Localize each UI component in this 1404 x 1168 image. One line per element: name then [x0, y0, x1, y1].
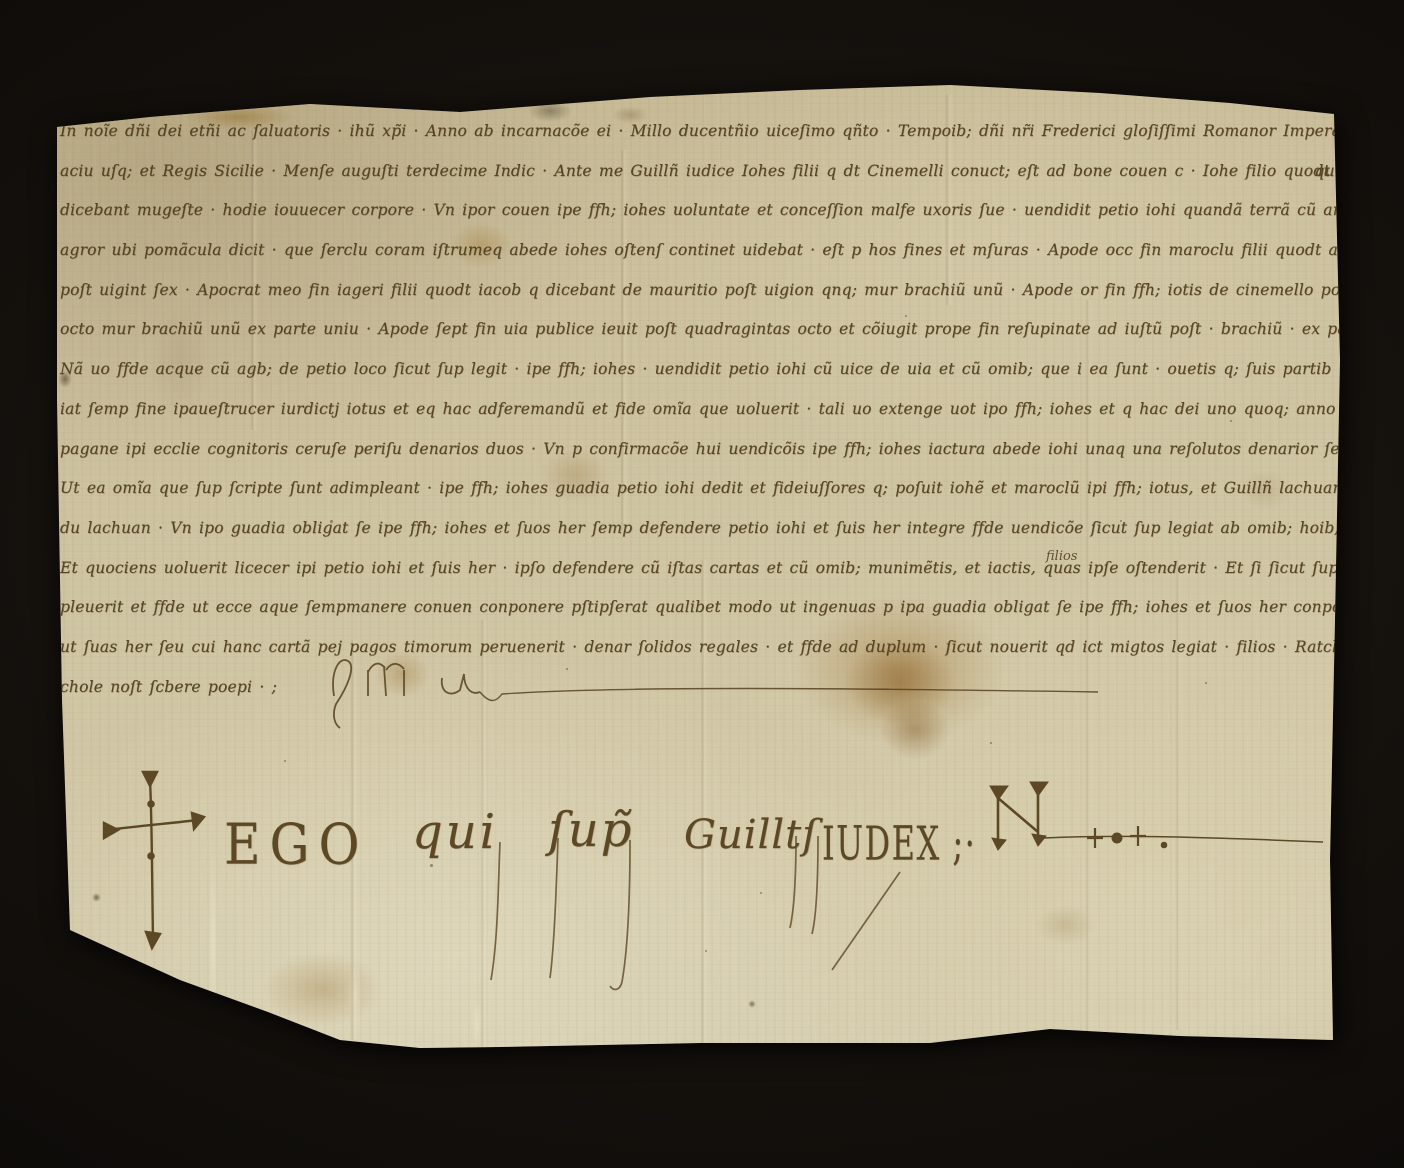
- charter-photograph: In noĩe dñi dei etñi ac ſaluatoris · ihũ…: [0, 0, 1404, 1168]
- parchment: In noĩe dñi dei etñi ac ſaluatoris · ihũ…: [0, 0, 1404, 1168]
- parchment-shadow: In noĩe dñi dei etñi ac ſaluatoris · ihũ…: [0, 0, 1404, 1168]
- parchment-edge-vignette: [0, 0, 1404, 1168]
